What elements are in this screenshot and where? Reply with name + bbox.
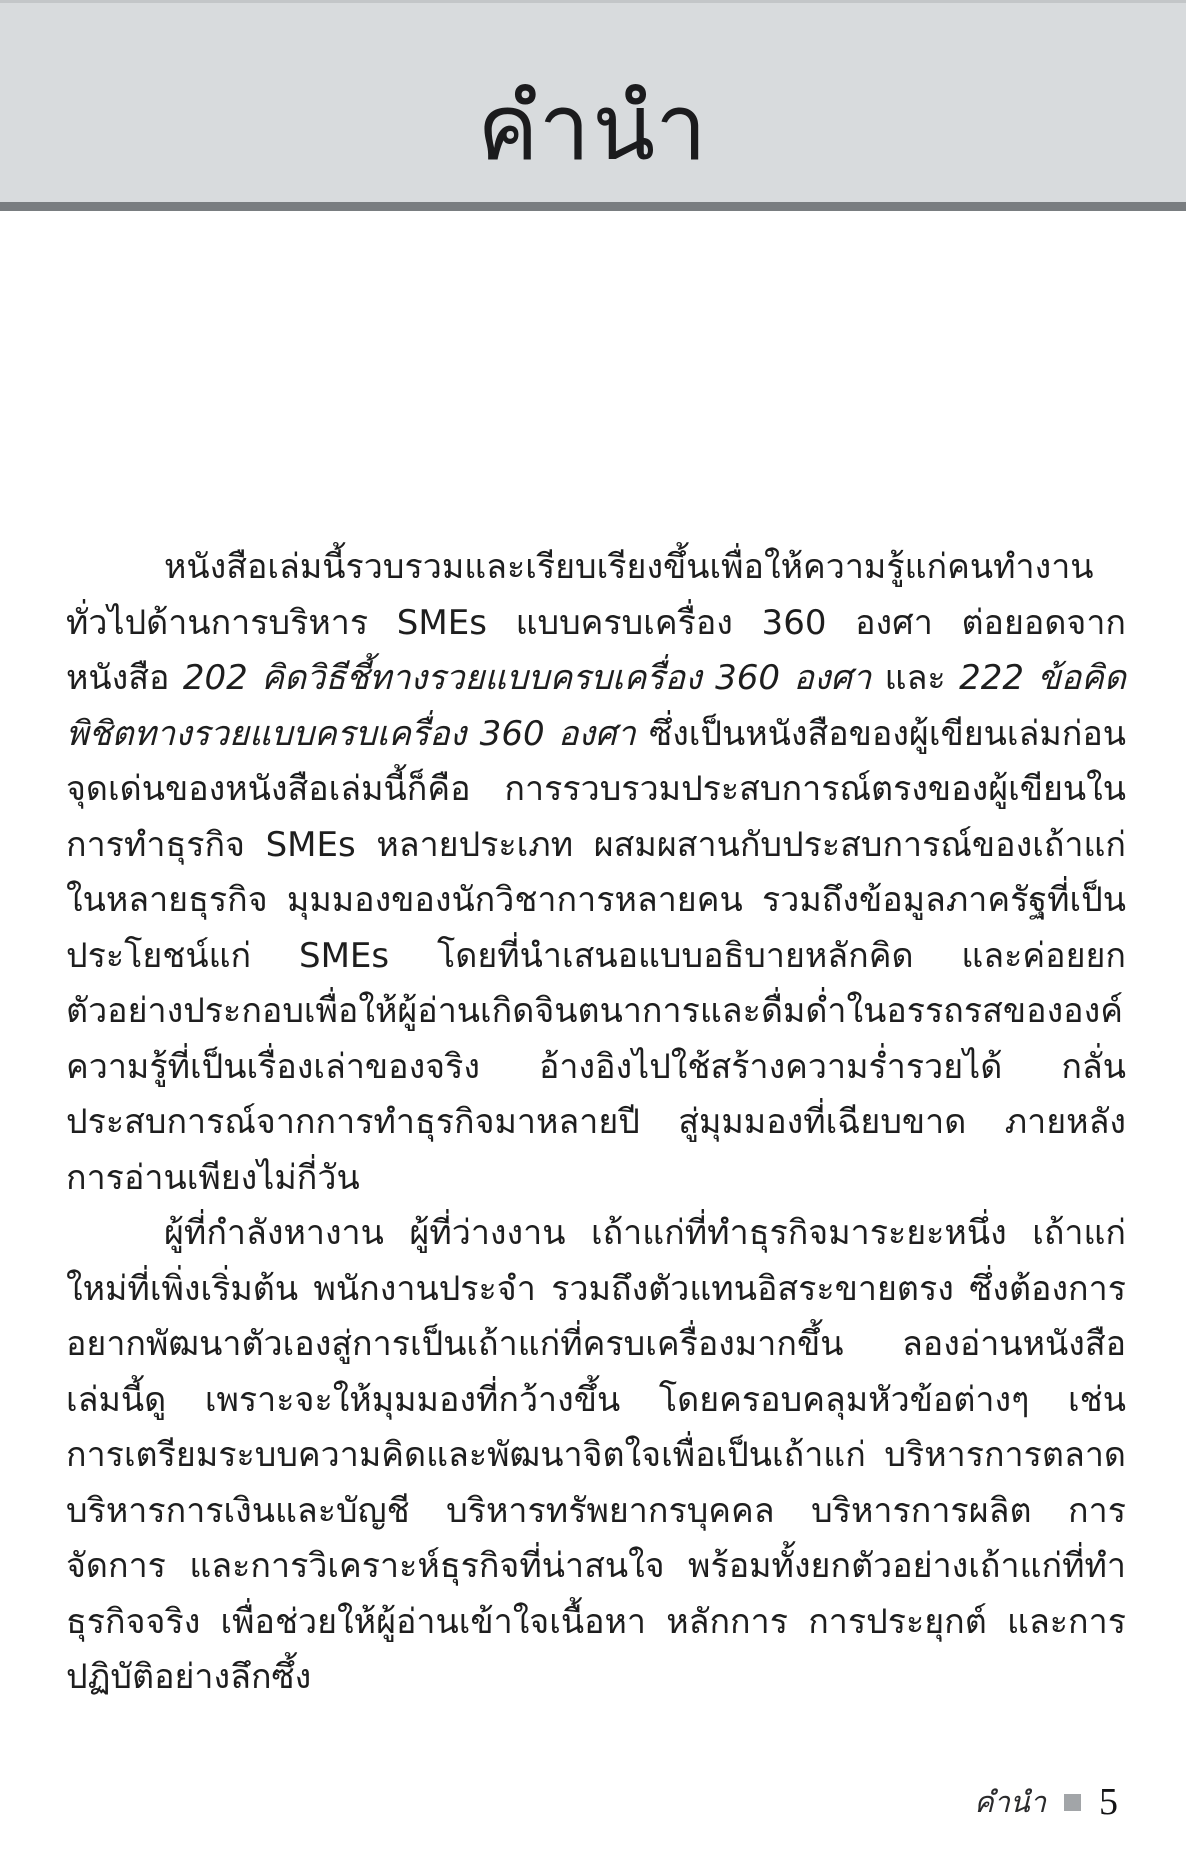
- footer-square-icon: [1064, 1794, 1081, 1811]
- page-title: คำนำ: [477, 82, 709, 202]
- body-text: หนังสือเล่มนี้รวบรวมและเรียบเรียงขึ้นเพื…: [66, 540, 1126, 1706]
- book-page: คำนำ หนังสือเล่มนี้รวบรวมและเรียบเรียงขึ…: [0, 0, 1186, 1867]
- paragraph-1-connector: และ: [871, 658, 959, 698]
- paragraph-1: หนังสือเล่มนี้รวบรวมและเรียบเรียงขึ้นเพื…: [66, 540, 1126, 1206]
- paragraph-2: ผู้ที่กำลังหางาน ผู้ที่ว่างงาน เถ้าแก่ที…: [66, 1206, 1126, 1706]
- page-footer: คำนำ 5: [974, 1779, 1118, 1825]
- footer-page-number: 5: [1099, 1780, 1118, 1824]
- referenced-book-title-1: 202 คิดวิธีชี้ทางรวยแบบครบเครื่อง 360 อง…: [183, 658, 871, 698]
- header-band: คำนำ: [0, 0, 1186, 202]
- header-divider-rule: [0, 202, 1186, 211]
- paragraph-1-continuation: ซึ่งเป็นหนังสือของผู้เขียนเล่มก่อน จุดเด…: [66, 714, 1126, 1198]
- footer-chapter-label: คำนำ: [974, 1779, 1046, 1825]
